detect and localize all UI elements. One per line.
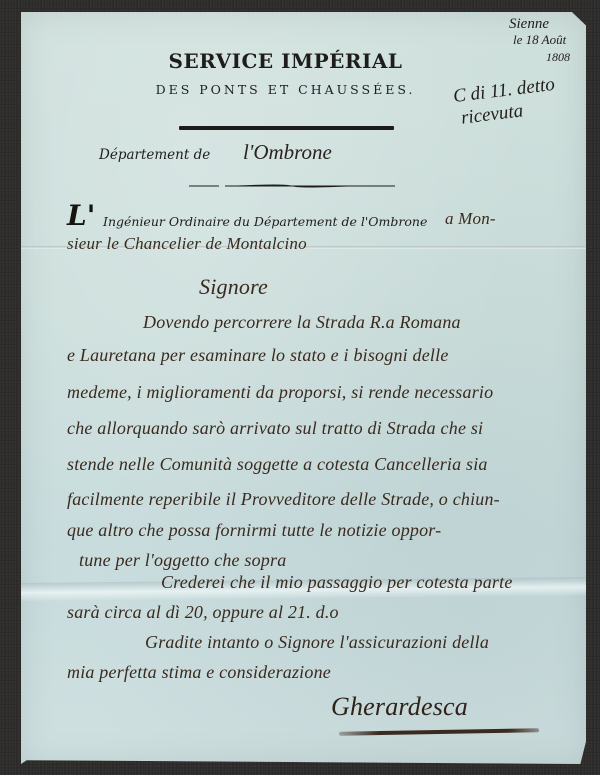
place-annotation: Sienne	[509, 16, 549, 33]
salutation-printed: Ingénieur Ordinaire du Département de l'…	[103, 214, 427, 229]
greeting: Signore	[199, 274, 268, 300]
salutation-line2: sieur le Chancelier de Montalcino	[67, 234, 307, 254]
date-annotation: le 18 Août	[513, 32, 566, 48]
signature-flourish	[339, 728, 539, 735]
salutation-initial: L'	[67, 202, 95, 230]
letterhead-rule	[179, 126, 394, 130]
signature: Gherardesca	[331, 692, 468, 722]
body-line: medeme, i miglioramenti da proporsi, si …	[67, 382, 493, 403]
letterhead-title: SERVICE IMPÉRIAL	[3, 49, 568, 73]
salutation-handwritten-cont: a Mon-	[445, 209, 496, 229]
ornament-divider	[189, 183, 395, 186]
body-line: che allorquando sarò arrivato sul tratto…	[67, 418, 483, 439]
department-label: Département de	[99, 147, 210, 163]
body-line: mia perfetta stima e considerazione	[67, 662, 331, 683]
body-line: tune per l'oggetto che sopra	[79, 550, 286, 571]
body-line: facilmente reperibile il Provveditore de…	[67, 489, 500, 510]
department-value: l'Ombrone	[243, 140, 332, 165]
letter-paper: SERVICE IMPÉRIAL DES PONTS ET CHAUSSÉES.…	[21, 12, 586, 764]
body-line: Dovendo percorrere la Strada R.a Romana	[143, 312, 461, 333]
body-line: stende nelle Comunità soggette a cotesta…	[67, 454, 488, 475]
body-line: Gradite intanto o Signore l'assicurazion…	[145, 632, 489, 653]
body-line: e Lauretana per esaminare lo stato e i b…	[67, 345, 449, 366]
body-line: que altro che possa fornirmi tutte le no…	[67, 520, 441, 541]
year-annotation: 1808	[546, 50, 570, 65]
body-line: Crederei che il mio passaggio per cotest…	[161, 572, 513, 593]
body-line: sarà circa al dì 20, oppure al 21. d.o	[67, 602, 339, 623]
